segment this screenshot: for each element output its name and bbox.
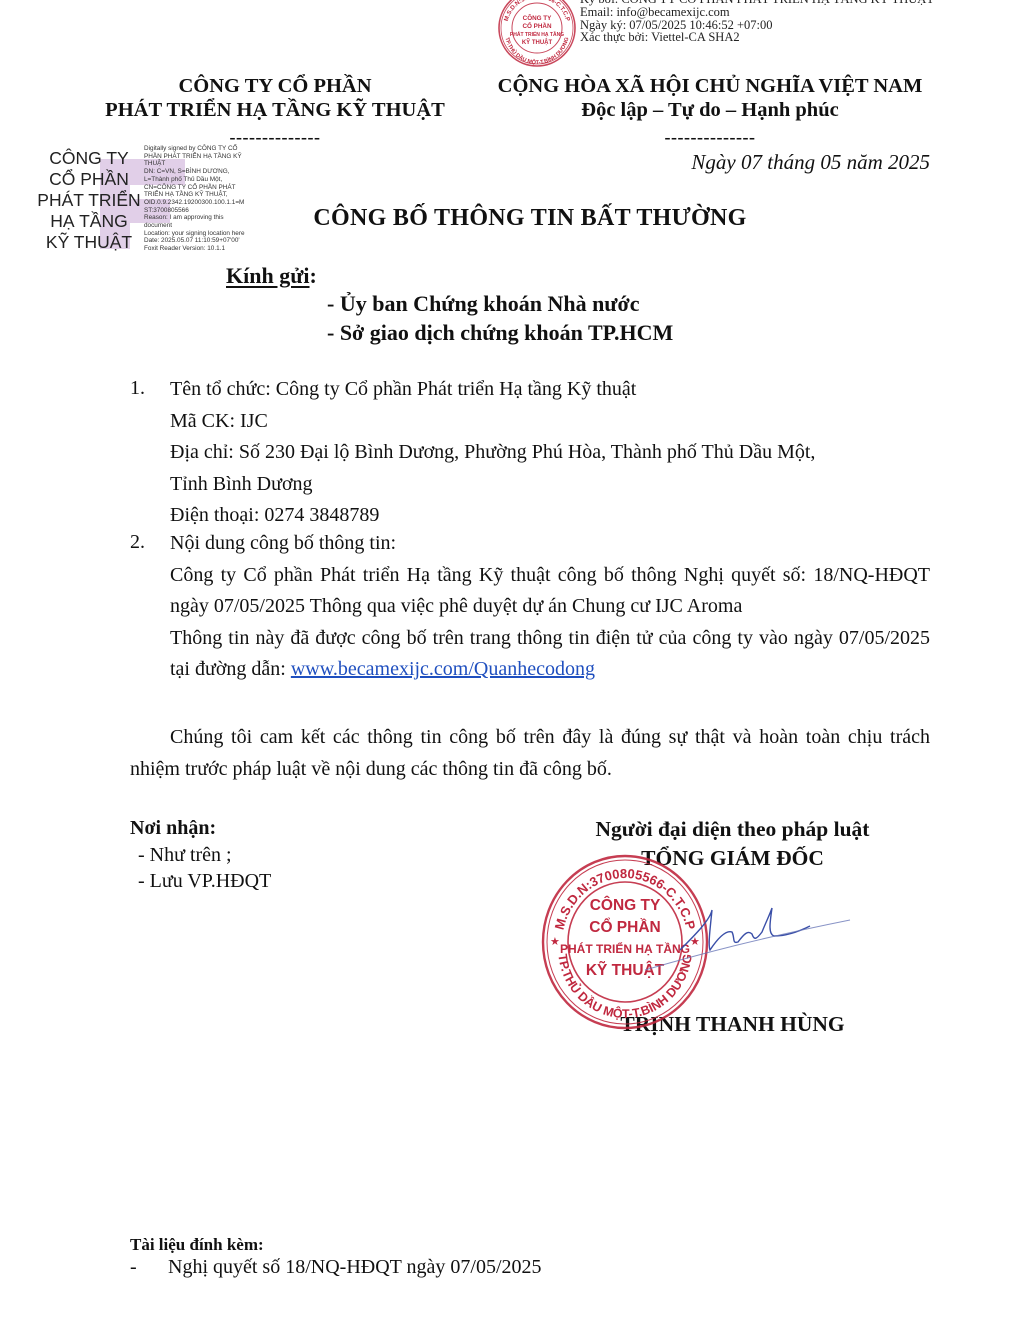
signature-verifier: Xác thực bởi: Viettel-CA SHA2 bbox=[580, 31, 934, 44]
svg-text:PHÁT TRIỂN HẠ TẦNG: PHÁT TRIỂN HẠ TẦNG bbox=[510, 31, 564, 38]
recipient-item: - Như trên ; bbox=[130, 842, 271, 869]
signature-detail-line: Foxit Reader Version: 10.1.1 bbox=[144, 245, 274, 253]
recipient-ssc: - Ủy ban Chứng khoán Nhà nước bbox=[327, 291, 639, 317]
address-line1: Địa chỉ: Số 230 Đại lộ Bình Dương, Phườn… bbox=[170, 437, 930, 469]
signer-name-line: KỸ THUẬT bbox=[30, 232, 148, 253]
signature-email: Email: info@becamexijc.com bbox=[580, 6, 934, 19]
attachments-label: Tài liệu đính kèm: bbox=[130, 1235, 264, 1255]
signature-scribble-icon bbox=[640, 900, 860, 980]
address-line2: Tỉnh Bình Dương bbox=[170, 469, 930, 501]
organization-name: Tên tổ chức: Công ty Cổ phần Phát triển … bbox=[170, 374, 930, 406]
signer-name-line: HẠ TẦNG bbox=[30, 211, 148, 232]
company-header: CÔNG TY CỔ PHẦN PHÁT TRIỂN HẠ TẦNG KỸ TH… bbox=[95, 74, 455, 146]
document-title: CÔNG BỐ THÔNG TIN BẤT THƯỜNG bbox=[220, 205, 840, 232]
company-name-line2: PHÁT TRIỂN HẠ TẦNG KỸ THUẬT bbox=[95, 98, 455, 122]
signature-details: Digitally signed by CÔNG TY CỔ PHẦN PHÁT… bbox=[144, 145, 274, 253]
signature-detail-line: Digitally signed by CÔNG TY CỔ bbox=[144, 145, 274, 153]
legal-representative-label: Người đại diện theo pháp luật bbox=[560, 815, 905, 844]
recipients-block: Nơi nhận: - Như trên ; - Lưu VP.HĐQT bbox=[130, 815, 271, 895]
phone-number: Điện thoại: 0274 3848789 bbox=[170, 500, 930, 532]
addressee-label-text: Kính gửi bbox=[226, 263, 310, 288]
signature-detail-line: TRIỂN HẠ TẦNG KỸ THUẬT, bbox=[144, 191, 274, 199]
recipient-hose: - Sở giao dịch chứng khoán TP.HCM bbox=[327, 320, 673, 346]
svg-text:CÔNG TY: CÔNG TY bbox=[523, 13, 552, 22]
section-1-body: Tên tổ chức: Công ty Cổ phần Phát triển … bbox=[170, 374, 930, 532]
svg-text:KỸ THUẬT: KỸ THUẬT bbox=[522, 39, 553, 46]
handwritten-signature bbox=[640, 900, 860, 980]
resolution-paragraph: Công ty Cổ phần Phát triển Hạ tầng Kỹ th… bbox=[170, 560, 930, 623]
section-2-number: 2. bbox=[130, 531, 145, 554]
addressee-colon: : bbox=[310, 263, 317, 288]
seal-icon: M.S.D.N:3700805566-C.T.C.P TP.THỦ DẦU MỘ… bbox=[497, 0, 577, 68]
recipient-item: - Lưu VP.HĐQT bbox=[130, 868, 271, 895]
national-motto: Độc lập – Tự do – Hạnh phúc bbox=[490, 98, 930, 122]
signer-name-line: CỔ PHẦN bbox=[30, 169, 148, 190]
signer-name-line: CÔNG TY bbox=[30, 148, 148, 169]
national-header: CỘNG HÒA XÃ HỘI CHỦ NGHĨA VIỆT NAM Độc l… bbox=[490, 74, 930, 146]
digital-signature-info: Ký bởi: CÔNG TY CỔ PHẦN PHÁT TRIỂN HẠ TẦ… bbox=[580, 0, 934, 44]
document-date: Ngày 07 tháng 05 năm 2025 bbox=[600, 150, 930, 175]
section-2-body: Nội dung công bố thông tin: Công ty Cổ p… bbox=[170, 528, 930, 686]
svg-text:★: ★ bbox=[550, 936, 560, 948]
stock-code: Mã CK: IJC bbox=[170, 406, 930, 438]
attachment-title: Nghị quyết số 18/NQ-HĐQT ngày 07/05/2025 bbox=[168, 1256, 542, 1278]
header-right-separator: -------------- bbox=[490, 128, 930, 146]
signer-organization-name: CÔNG TY CỔ PHẦN PHÁT TRIỂN HẠ TẦNG KỸ TH… bbox=[30, 148, 148, 253]
company-name-line1: CÔNG TY CỔ PHẦN bbox=[95, 74, 455, 98]
signature-detail-line: L=Thành phố Thủ Dầu Một, bbox=[144, 176, 274, 184]
attachment-item: -Nghị quyết số 18/NQ-HĐQT ngày 07/05/202… bbox=[130, 1256, 542, 1279]
signature-detail-line: Date: 2025.05.07 11:10:59+07'00' bbox=[144, 237, 274, 245]
signature-detail-line: DN: C=VN, S=BÌNH DƯƠNG, bbox=[144, 168, 274, 176]
attachment-bullet: - bbox=[130, 1256, 168, 1279]
investor-relations-link[interactable]: www.becamexijc.com/Quanhecodong bbox=[291, 658, 595, 680]
addressee-label: Kính gửi: bbox=[226, 263, 317, 289]
header-left-separator: -------------- bbox=[95, 128, 455, 146]
recipients-label: Nơi nhận: bbox=[130, 815, 271, 842]
section-2-heading: Nội dung công bố thông tin: bbox=[170, 528, 930, 560]
commitment-paragraph: Chúng tôi cam kết các thông tin công bố … bbox=[130, 722, 930, 785]
company-seal-small: M.S.D.N:3700805566-C.T.C.P TP.THỦ DẦU MỘ… bbox=[497, 0, 577, 68]
signer-name-line: PHÁT TRIỂN bbox=[30, 190, 148, 211]
publication-paragraph: Thông tin này đã được công bố trên trang… bbox=[170, 623, 930, 686]
signature-detail-line: THUẬT bbox=[144, 160, 274, 168]
section-1-number: 1. bbox=[130, 377, 145, 400]
national-title: CỘNG HÒA XÃ HỘI CHỦ NGHĨA VIỆT NAM bbox=[490, 74, 930, 98]
